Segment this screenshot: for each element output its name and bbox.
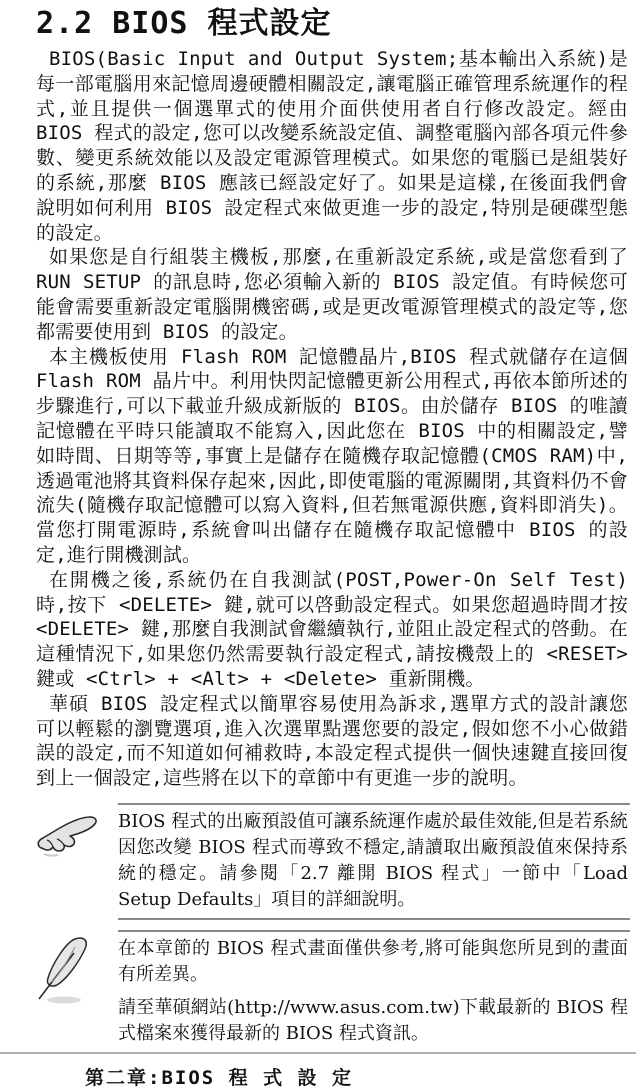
note-paragraph: 在本章節的 BIOS 程式畫面僅供參考,將可能與您所見到的畫面有所差異。	[118, 936, 628, 988]
note-paragraph: BIOS 程式的出廠預設值可讓系統運作處於最佳效能,但是若系統因您改變 BIOS…	[118, 809, 628, 913]
quill-pen-icon	[34, 935, 92, 1007]
footer-rule	[0, 1052, 636, 1054]
body-paragraph: BIOS(Basic Input and Output System;基本輸出入…	[36, 47, 628, 245]
body-paragraph: 本主機板使用 Flash ROM 記憶體晶片,BIOS 程式就儲存在這個 Fla…	[36, 345, 628, 568]
note-icon-cell	[0, 803, 118, 920]
page-footer: 第二章:BIOS 程 式 設 定	[0, 1052, 636, 1090]
footer-chapter-label: 第二章:BIOS 程 式 設 定	[85, 1063, 636, 1090]
important-note-box: BIOS 程式的出廠預設值可讓系統運作處於最佳效能,但是若系統因您改變 BIOS…	[0, 803, 630, 920]
note-text: 在本章節的 BIOS 程式畫面僅供參考,將可能與您所見到的畫面有所差異。 請至華…	[118, 930, 630, 1054]
body-paragraph: 如果您是自行組裝主機板,那麼,在重新設定系統,或是當您看到了 RUN SETUP…	[36, 245, 628, 344]
note-icon-cell	[0, 930, 118, 1054]
note-text: BIOS 程式的出廠預設值可讓系統運作處於最佳效能,但是若系統因您改變 BIOS…	[118, 803, 630, 920]
info-note-box: 在本章節的 BIOS 程式畫面僅供參考,將可能與您所見到的畫面有所差異。 請至華…	[0, 930, 630, 1054]
manual-page: 2.2 BIOS 程式設定 BIOS(Basic Input and Outpu…	[0, 0, 636, 1090]
pointing-hand-icon	[34, 808, 100, 864]
note-paragraph: 請至華碩網站(http://www.asus.com.tw)下載最新的 BIOS…	[118, 995, 628, 1047]
section-title: 2.2 BIOS 程式設定	[36, 6, 628, 42]
body-paragraph: 在開機之後,系統仍在自我測試(POST,Power-On Self Test)時…	[36, 568, 628, 692]
body-text: BIOS(Basic Input and Output System;基本輸出入…	[36, 47, 628, 791]
body-paragraph: 華碩 BIOS 設定程式以簡單容易使用為訴求,選單方式的設計讓您可以輕鬆的瀏覽選…	[36, 692, 628, 791]
